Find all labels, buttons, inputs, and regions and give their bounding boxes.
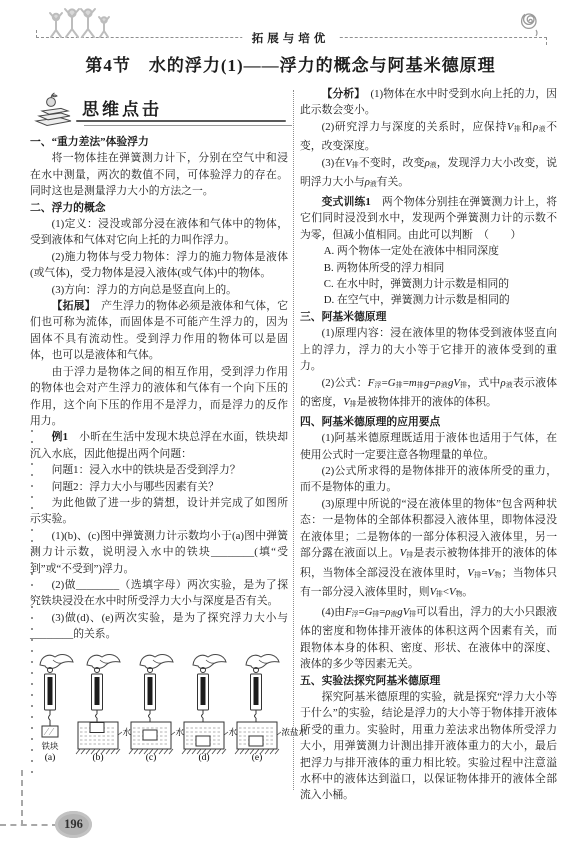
footer-dashed-line	[0, 824, 58, 826]
iron-block	[143, 730, 157, 740]
header-dashed-corner-right	[546, 37, 547, 45]
figure-tag: (e)	[252, 752, 263, 763]
experiment-figure-d: 水 (d)	[183, 651, 235, 761]
figure-tag: (d)	[198, 752, 209, 763]
hand-icon	[193, 654, 226, 668]
paragraph-formula: (2)公式：F浮=G排=m排g=ρ液gV排，式中ρ液表示液体的密度，V排是被物体…	[300, 375, 557, 414]
hand-icon	[140, 654, 173, 668]
iron-block	[249, 736, 263, 746]
page-number-badge: 196	[55, 811, 92, 838]
experiment-figures: 铁块 (a)	[30, 651, 288, 761]
paragraph-expansion: 【拓展】 产生浮力的物体必须是液体和气体，它们也可称为流体，而固体是不可能产生浮…	[30, 298, 288, 364]
paragraph: 为此他做了进一步的猜想，设计并完成了如图所示实验。	[30, 495, 288, 528]
hand-icon	[87, 654, 120, 668]
paragraph: 问题1：浸入水中的铁块是否受到浮力？	[30, 462, 288, 478]
textbook-page: 拓展与培优 第4节 水的浮力(1)——浮力的概念与阿基米德原理	[0, 0, 581, 845]
book-stack-icon	[32, 88, 76, 128]
paragraph: 探究阿基米德原理的实验，就是探究“浮力大小等于什么”的实验，结论是浮力的大小等于…	[300, 689, 557, 804]
header-band-label: 拓展与培优	[242, 30, 340, 46]
paragraph: (2)施力物体与受力物体：浮力的施力物体是液体(或气体)，受力物体是浸入液体(或…	[30, 249, 288, 282]
paragraph: 问题2：浮力大小与哪些因素有关？	[30, 479, 288, 495]
badge-label: 思维点击	[82, 95, 162, 120]
figure-tag: (a)	[45, 752, 56, 763]
experiment-figure-e: 浓盐水 (e)	[236, 651, 288, 761]
paragraph: (1)定义：浸没或部分浸在液体和气体中的物体，受到液体和气体对它向上托的力叫作浮…	[30, 216, 288, 249]
paragraph: (3)在V排不变时，改变ρ液，发现浮力大小改变，说明浮力大小与ρ液有关。	[300, 155, 557, 194]
experiment-figure-a: 铁块 (a)	[30, 651, 76, 761]
paragraph: (2)做________（选填字母）两次实验，是为了探究铁块浸没在水中时所受浮力…	[30, 577, 288, 610]
iron-block	[42, 726, 58, 737]
section-heading: 二、浮力的概念	[30, 200, 288, 216]
paragraph: (1)(b)、(c)图中弹簧测力计示数均小于(a)图中弹簧测力计示数，说明浸入水…	[30, 528, 288, 577]
figure-tag: (b)	[92, 752, 103, 763]
hand-icon	[246, 654, 279, 668]
footer-dashed-vertical	[21, 770, 23, 826]
paragraph: 将一物体挂在弹簧测力计下，分别在空气中和浸在水中测量，两次的数值不同，可体验浮力…	[30, 150, 288, 199]
section-heading: 四、阿基米德原理的应用要点	[300, 414, 557, 430]
choice-option-b: B. 两物体所受的浮力相同	[300, 260, 557, 276]
left-margin-dotted-line	[31, 430, 33, 775]
paragraph: (2)公式所求得的是物体排开的液体所受的重力，而不是物体的重力。	[300, 463, 557, 496]
block-label: 铁块	[41, 741, 59, 751]
paragraph: (1)原理内容：浸在液体里的物体受到液体竖直向上的浮力，浮力的大小等于它排开的液…	[300, 325, 557, 374]
paragraph: 由于浮力是物体之间的相互作用，受到浮力作用的物体也会对产生浮力的液体和气体有一个…	[30, 364, 288, 430]
paragraph: (2)研究浮力与深度的关系时，应保持V排和ρ液不变，改变深度。	[300, 119, 557, 155]
section-badge: 思维点击	[30, 84, 288, 130]
paragraph-example: 例1 小昕在生活中发现木块总浮在水面，铁块却沉入水底，因此他提出两个问题：	[30, 429, 288, 462]
page-number: 196	[64, 817, 83, 831]
spiral-icon	[515, 7, 543, 39]
column-divider	[293, 90, 294, 790]
header-people-icon	[44, 5, 120, 41]
paragraph: (3)做(d)、(e)两次实验，是为了探究浮力大小与________的关系。	[30, 610, 288, 643]
right-column: 【分析】 (1)物体在水中时受到水向上托的力，因此示数会变小。 (2)研究浮力与…	[300, 84, 557, 804]
paragraph-analysis: 【分析】 (1)物体在水中时受到水向上托的力，因此示数会变小。	[300, 86, 557, 119]
page-title: 第4节 水的浮力(1)——浮力的概念与阿基米德原理	[0, 51, 581, 76]
section-heading: 五、实验法探究阿基米德原理	[300, 673, 557, 689]
paragraph: (3)方向：浮力的方向总是竖直向上的。	[30, 282, 288, 298]
header-dashed-corner-left	[36, 30, 37, 38]
figure-tag: (c)	[146, 752, 157, 763]
choice-option-c: C. 在水中时，弹簧测力计示数是相同的	[300, 276, 557, 292]
section-heading: 三、阿基米德原理	[300, 309, 557, 325]
choice-option-a: A. 两个物体一定处在液体中相同深度	[300, 243, 557, 259]
iron-block	[90, 722, 104, 732]
content-columns: 思维点击 一、“重力差法”体验浮力 将一物体挂在弹簧测力计下，分别在空气中和浸在…	[30, 84, 557, 820]
paragraph: (4)由F浮=G排=ρ液gV排可以看出，浮力的大小只跟液体的密度和物体排开液体的…	[300, 604, 557, 673]
experiment-figure-b: 水 (b)	[77, 651, 129, 761]
badge-underline-2	[84, 125, 292, 126]
hand-icon	[40, 654, 73, 668]
paragraph: (3)原理中所说的“浸在液体里的物体”包含两种状态：一是物体的全部体积都浸入液体…	[300, 496, 557, 604]
left-column: 思维点击 一、“重力差法”体验浮力 将一物体挂在弹簧测力计下，分别在空气中和浸在…	[30, 84, 288, 761]
iron-block	[196, 736, 210, 746]
badge-underline	[76, 120, 286, 122]
paragraph: (1)阿基米德原理既适用于液体也适用于气体，在使用公式时一定要注意各物理量的单位…	[300, 430, 557, 463]
choice-option-d: D. 在空气中，弹簧测力计示数是相同的	[300, 292, 557, 308]
paragraph-variant-exercise: 变式训练1 两个物体分别挂在弹簧测力计上，将它们同时浸没到水中，发现两个弹簧测力…	[300, 194, 557, 243]
section-heading: 一、“重力差法”体验浮力	[30, 134, 288, 150]
experiment-figure-c: 水 (c)	[130, 651, 182, 761]
